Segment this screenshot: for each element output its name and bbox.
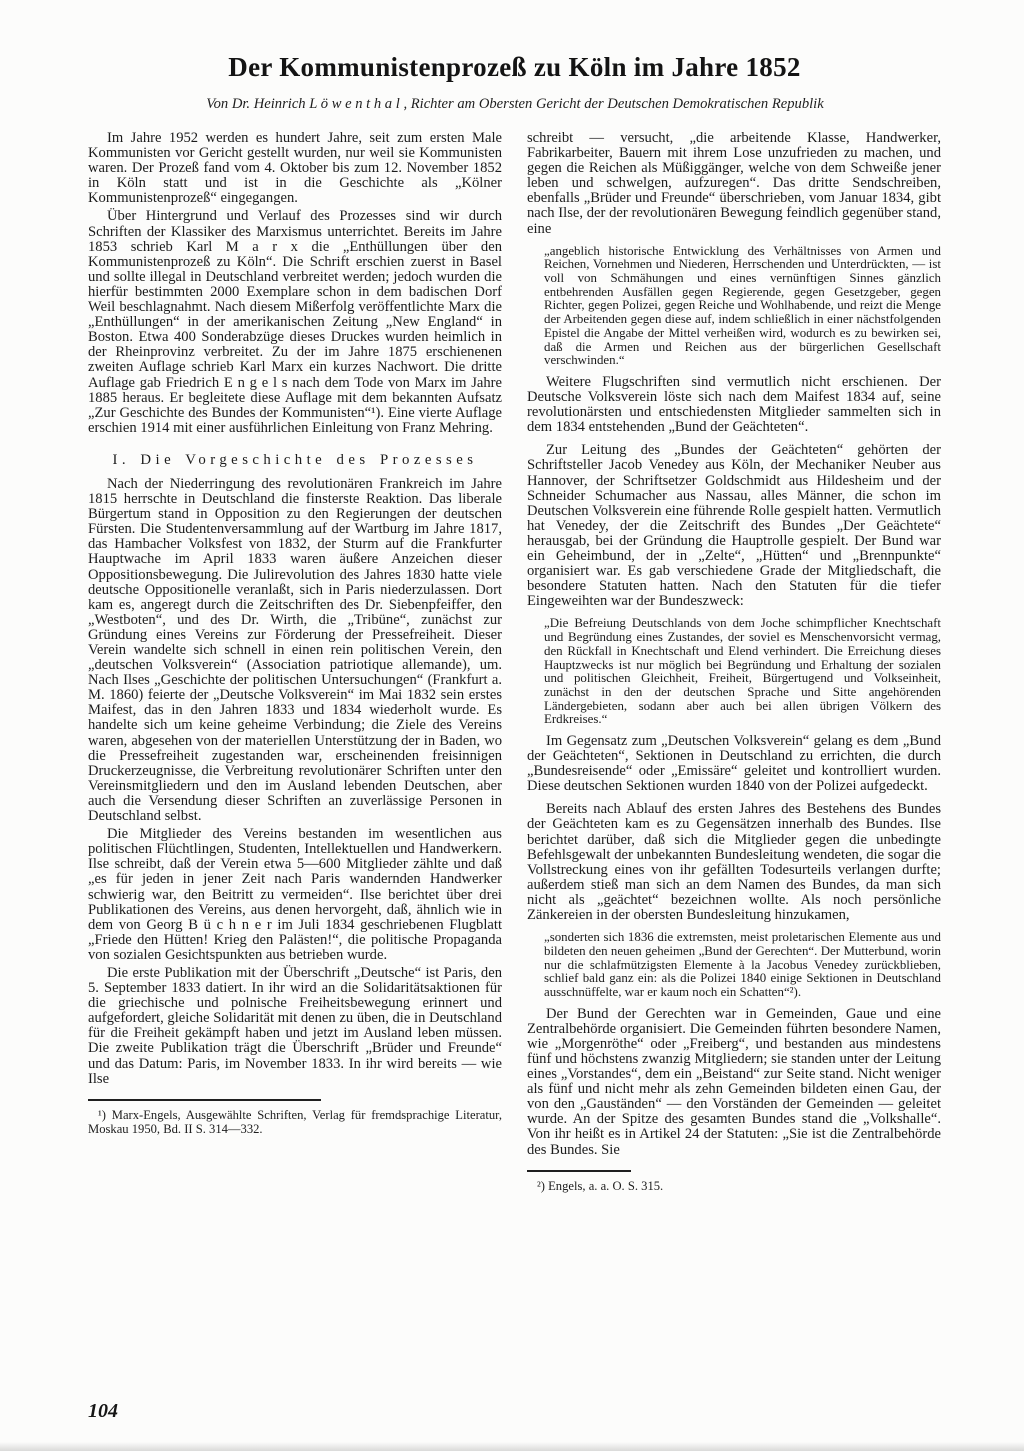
paragraph: Im Jahre 1952 werden es hundert Jahre, s… xyxy=(88,131,502,206)
footnote-rule xyxy=(88,1099,321,1101)
footnote: ¹) Marx-Engels, Ausgewählte Schriften, V… xyxy=(88,1108,502,1137)
block-quote: „sonderten sich 1836 die extremsten, mei… xyxy=(527,931,941,1000)
left-column: Im Jahre 1952 werden es hundert Jahre, s… xyxy=(88,131,502,1137)
journal-page: Der Kommunistenprozeß zu Köln im Jahre 1… xyxy=(0,0,1024,1451)
paragraph: Über Hintergrund und Verlauf des Prozess… xyxy=(88,209,502,435)
block-quote: „angeblich historische Entwicklung des V… xyxy=(527,245,941,368)
page-number: 104 xyxy=(88,1400,118,1423)
paragraph: Die erste Publikation mit der Überschrif… xyxy=(88,966,502,1087)
paragraph: Nach der Niederringung des revolutionäre… xyxy=(88,477,502,824)
article-byline: Von Dr. Heinrich L ö w e n t h a l , Ric… xyxy=(60,96,970,113)
paragraph: Im Gegensatz zum „Deutschen Volksverein“… xyxy=(527,734,941,794)
paragraph-continued: schreibt — versucht, „die arbeitende Kla… xyxy=(527,131,941,237)
paragraph: Bereits nach Ablauf des ersten Jahres de… xyxy=(527,802,941,923)
scan-edge-shadow xyxy=(0,1442,1024,1451)
right-column: schreibt — versucht, „die arbeitende Kla… xyxy=(527,131,941,1193)
footnote: ²) Engels, a. a. O. S. 315. xyxy=(527,1179,941,1194)
paragraph: Die Mitglieder des Vereins bestanden im … xyxy=(88,827,502,963)
section-heading: I. Die Vorgeschichte des Prozesses xyxy=(88,453,502,468)
paragraph: Weitere Flugschriften sind vermutlich ni… xyxy=(527,375,941,435)
article-title: Der Kommunistenprozeß zu Köln im Jahre 1… xyxy=(88,52,941,83)
paragraph: Der Bund der Gerechten war in Gemeinden,… xyxy=(527,1007,941,1158)
block-quote: „Die Befreiung Deutschlands von dem Joch… xyxy=(527,617,941,727)
paragraph: Zur Leitung des „Bundes der Geächteten“ … xyxy=(527,443,941,609)
footnote-rule xyxy=(527,1170,631,1172)
